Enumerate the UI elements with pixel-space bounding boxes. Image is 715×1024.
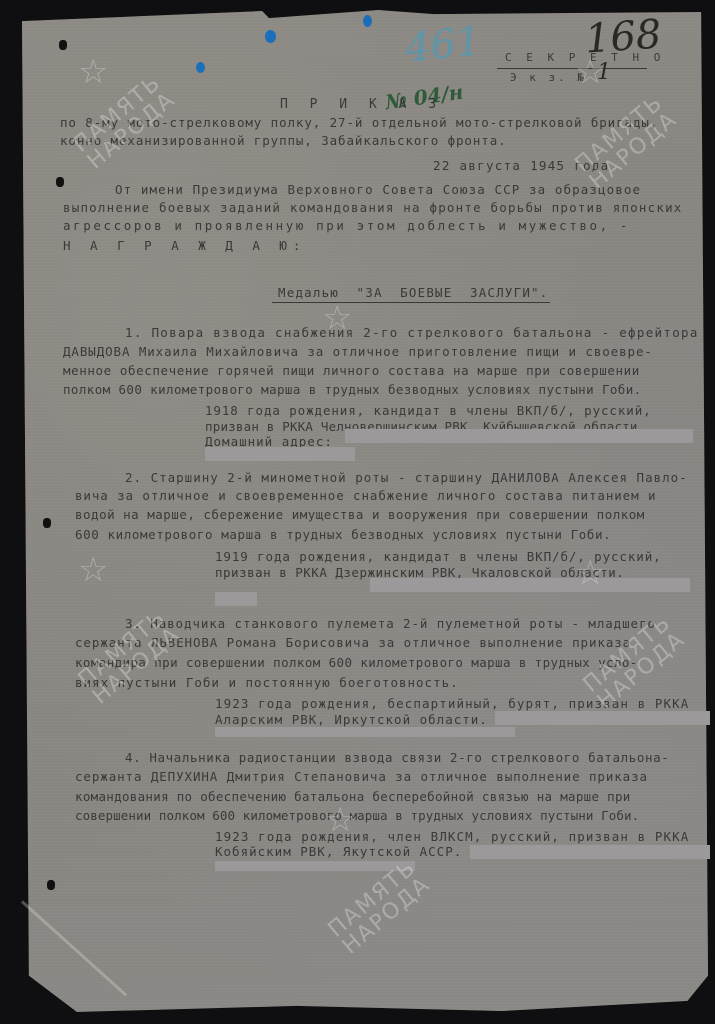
redacted-block: [215, 727, 515, 737]
order-title: П Р И К А З: [280, 98, 443, 111]
ink-blot: [265, 30, 276, 43]
redacted-block: [215, 861, 415, 871]
preamble-line: агрессоров и проявленную при этом доблес…: [63, 220, 630, 233]
entry-line: совершении полком 600 километрового марш…: [75, 810, 639, 823]
entry-line: полком 600 километрового марша в трудных…: [63, 384, 642, 397]
award-verb: Н А Г Р А Ж Д А Ю:: [63, 240, 306, 253]
watermark-star-icon: ☆: [325, 800, 355, 840]
entry-line: 2. Старшину 2-й минометной роты - старши…: [125, 472, 688, 485]
entry-line: 600 километрового марша в трудных безвод…: [75, 529, 611, 542]
redacted-block: [370, 578, 690, 592]
watermark-star-icon: ☆: [322, 298, 352, 338]
medal-heading-underline: [272, 302, 550, 303]
redacted-block: [345, 429, 693, 443]
redacted-block: [470, 845, 710, 859]
entry-bio: Аларским РВК, Иркутской области.: [215, 714, 488, 727]
punch-hole: [47, 880, 55, 890]
entry-line: 4. Начальника радиостанции взвода связи …: [125, 752, 669, 765]
watermark-star-icon: ☆: [575, 52, 605, 92]
ink-blot: [196, 62, 205, 73]
entry-line: водой на марше, сбережение имущества и в…: [75, 509, 645, 522]
entry-line: сержанта ДЕПУХИНА Дмитрия Степановича за…: [75, 771, 648, 784]
redacted-block: [495, 711, 710, 725]
entry-line: 3. Наводчика станкового пулемета 2-й пул…: [125, 618, 656, 631]
preamble-line: От имени Президиума Верховного Совета Со…: [115, 184, 641, 197]
watermark-star-icon: ☆: [575, 553, 605, 593]
watermark-star-icon: ☆: [78, 550, 108, 590]
entry-bio: 1918 года рождения, кандидат в члены ВКП…: [205, 405, 652, 418]
archive-number-handwritten: 461: [403, 18, 484, 72]
punch-hole: [59, 40, 67, 50]
punch-hole: [56, 177, 64, 187]
preamble-line: выполнение боевых заданий командования н…: [63, 202, 683, 215]
redacted-block: [215, 592, 257, 606]
medal-heading: Медалью "ЗА БОЕВЫЕ ЗАСЛУГИ".: [278, 287, 549, 300]
ink-blot: [363, 15, 372, 27]
secrecy-underline: [497, 68, 647, 69]
redacted-block: [205, 447, 355, 461]
entry-bio: Кобяйским РВК, Якутской АССР.: [215, 846, 462, 859]
entry-line: менное обеспечение горячей пищи личного …: [63, 365, 640, 378]
entry-line: ДАВЫДОВА Михаила Михайловича за отличное…: [63, 346, 653, 359]
entry-line: вича за отличное и своевременное снабжен…: [75, 490, 656, 503]
watermark-star-icon: ☆: [78, 52, 108, 92]
entry-bio: 1923 года рождения, член ВЛКСМ, русский,…: [215, 831, 689, 844]
entry-line: 1. Повара взвода снабжения 2-го стрелков…: [125, 327, 699, 340]
punch-hole: [43, 518, 51, 528]
